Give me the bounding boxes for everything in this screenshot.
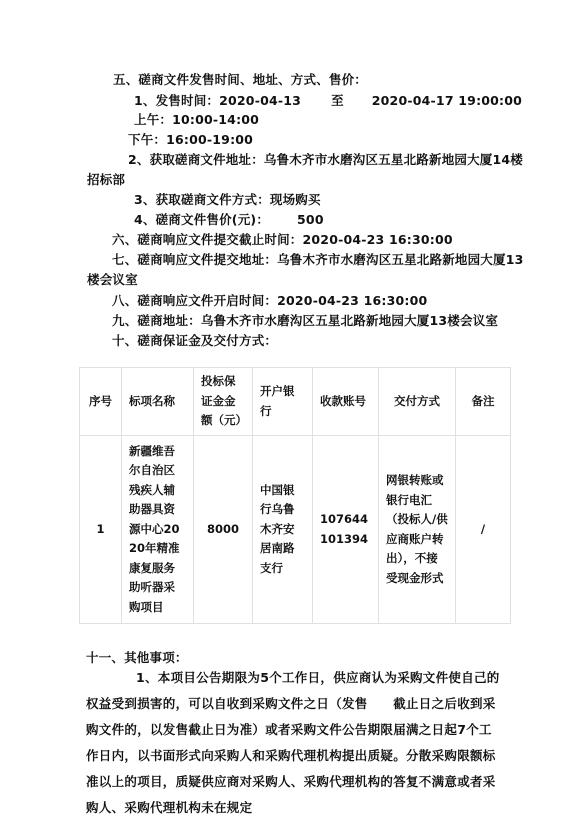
table-row: 1 新疆维吾尔自治区残疾人辅助器具资源中心2020年精准康复服务助听器采购项目 … — [80, 436, 511, 624]
cell-bank: 中国银行乌鲁木齐安居南路支行 — [253, 436, 313, 624]
document-price-label: 4、磋商文件售价(元)： — [134, 212, 269, 227]
document-price-value: 500 — [297, 212, 324, 227]
section-7-address-cont: 楼会议室 — [87, 272, 138, 288]
cell-remark: / — [456, 436, 511, 624]
header-no: 序号 — [80, 368, 122, 436]
cell-account: 107644101394 — [313, 436, 379, 624]
sale-time-morning: 上午：10:00-14:00 — [134, 112, 259, 128]
purchase-address: 2、获取磋商文件地址：乌鲁木齐市水磨沟区五星北路新地园大厦14楼 — [128, 152, 523, 168]
purchase-address-cont: 招标部 — [87, 172, 125, 188]
bond-table: 序号 标项名称 投标保证金金额（元） 开户银行 收款账号 交付方式 备注 1 新… — [79, 367, 511, 624]
section-6-deadline: 六、磋商响应文件提交截止时间：2020-04-23 16:30:00 — [112, 232, 453, 248]
purchase-method: 3、获取磋商文件方式：现场购买 — [134, 192, 321, 208]
cell-payment: 网银转账或银行电汇（投标人/供应商账户转出），不接受现金形式 — [379, 436, 456, 624]
section-10-heading: 十、磋商保证金及交付方式： — [112, 333, 277, 349]
sale-time-start: 1、发售时间：2020-04-13 — [134, 93, 301, 108]
sale-time: 1、发售时间：2020-04-13至2020-04-17 19:00:00 — [134, 93, 522, 109]
header-payment: 交付方式 — [379, 368, 456, 436]
header-remark: 备注 — [456, 368, 511, 436]
document-price: 4、磋商文件售价(元)：500 — [134, 212, 324, 228]
header-bank: 开户银行 — [253, 368, 313, 436]
header-amount: 投标保证金金额（元） — [194, 368, 253, 436]
cell-item-name: 新疆维吾尔自治区残疾人辅助器具资源中心2020年精准康复服务助听器采购项目 — [122, 436, 194, 624]
bond-table-header: 序号 标项名称 投标保证金金额（元） 开户银行 收款账号 交付方式 备注 — [80, 368, 511, 436]
sale-time-afternoon: 下午：16:00-19:00 — [128, 132, 253, 148]
header-account: 收款账号 — [313, 368, 379, 436]
section-5-heading: 五、磋商文件发售时间、地址、方式、售价： — [113, 72, 367, 88]
section-11-heading: 十一、其他事项： — [86, 650, 188, 666]
cell-amount: 8000 — [194, 436, 253, 624]
section-8-opening: 八、磋商响应文件开启时间：2020-04-23 16:30:00 — [112, 293, 427, 309]
section-7-address: 七、磋商响应文件提交地址：乌鲁木齐市水磨沟区五星北路新地园大厦13 — [112, 252, 524, 268]
header-item-name: 标项名称 — [122, 368, 194, 436]
section-9-venue: 九、磋商地址：乌鲁木齐市水磨沟区五星北路新地园大厦13楼会议室 — [112, 313, 498, 329]
section-11-paragraph-1: 1、本项目公告期限为5个工作日，供应商认为采购文件使自己的权益受到损害的，可以自… — [86, 665, 502, 821]
sale-time-to: 至 — [331, 93, 344, 108]
sale-time-end: 2020-04-17 19:00:00 — [372, 93, 522, 108]
cell-no: 1 — [80, 436, 122, 624]
